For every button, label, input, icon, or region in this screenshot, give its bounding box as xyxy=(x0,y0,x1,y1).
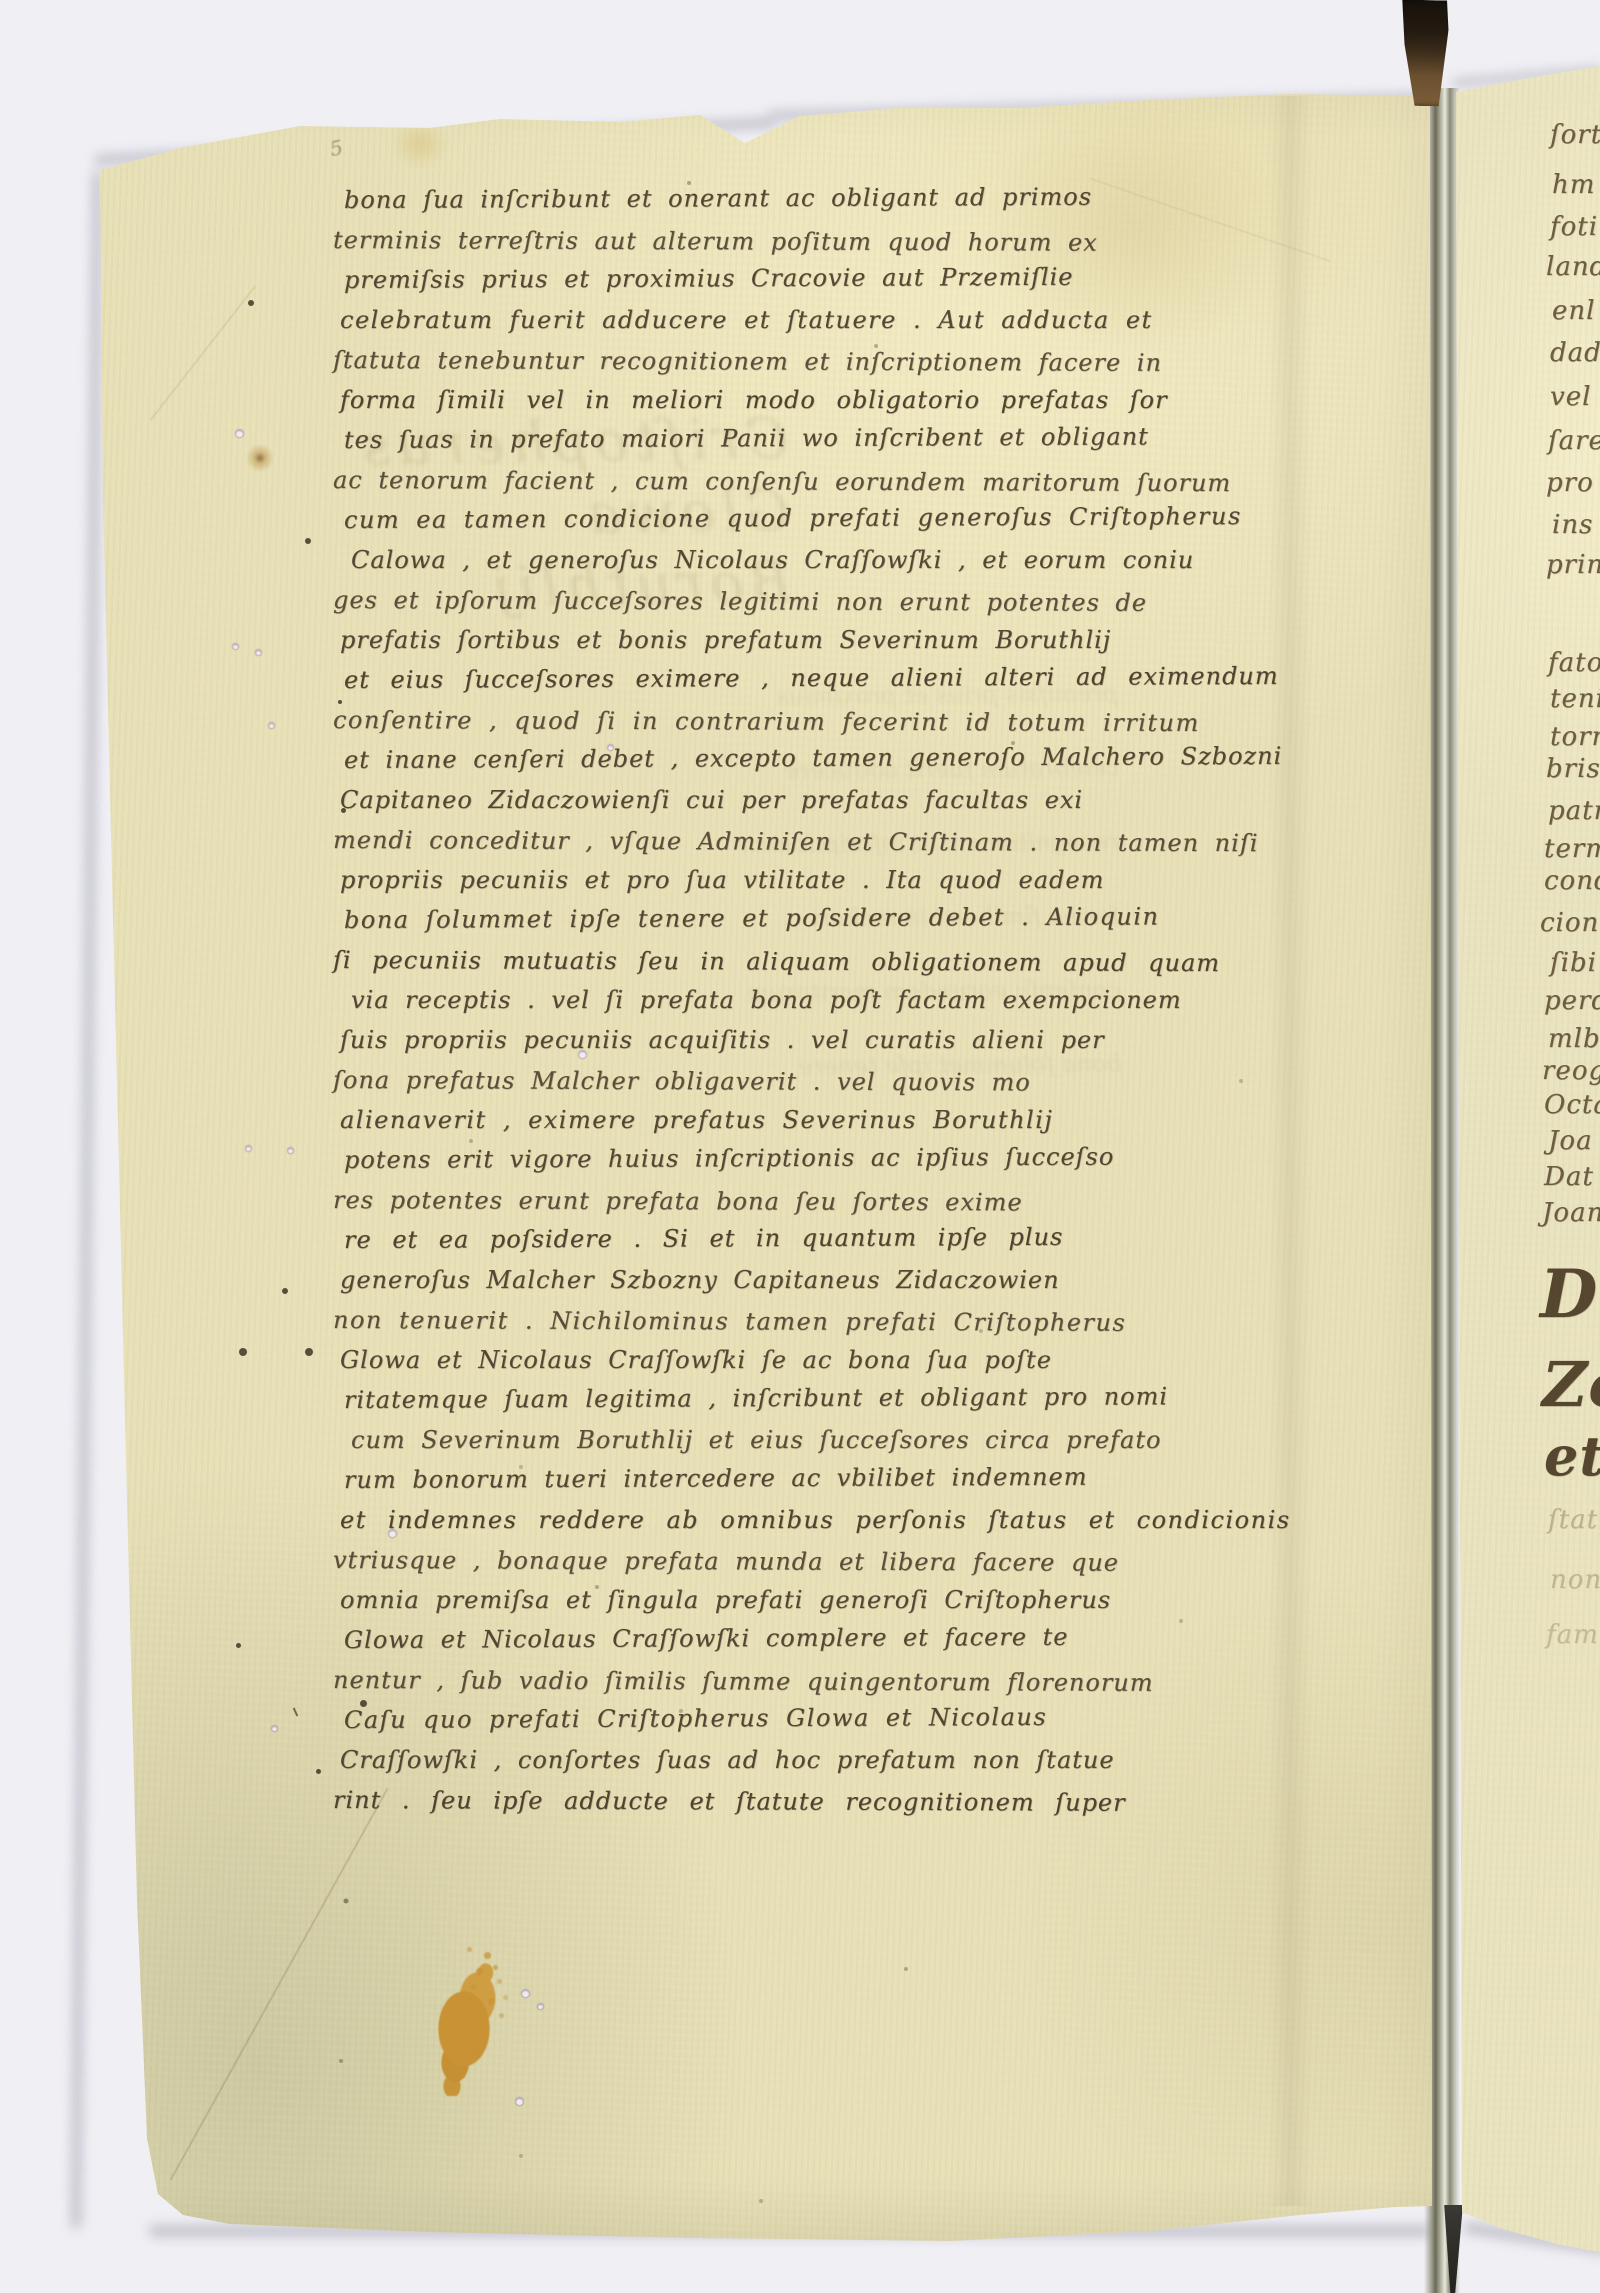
manuscript-line-start: land xyxy=(1546,252,1600,282)
manuscript-text-line: propriis pecuniis et pro ſua vtilitate .… xyxy=(340,866,1280,906)
manuscript-text-line: potens erit vigore huius inſcriptionis a… xyxy=(344,1142,1284,1186)
manuscript-line-start: teni xyxy=(1550,684,1600,714)
manuscript-text-line: celebratum fuerit adducere et ſtatuere .… xyxy=(340,306,1280,346)
manuscript-line-start: cionib xyxy=(1540,908,1600,938)
ghost-text-line: premiſsis prius et proximius xyxy=(358,657,1119,738)
worm-hole xyxy=(389,1530,396,1537)
margin-ink-dot xyxy=(341,808,346,813)
manuscript-text-line: Caſu quo prefati Criſtopherus Glowa et N… xyxy=(344,1702,1284,1746)
ghost-text-line: recognitionem et inſcriptionem xyxy=(359,805,1120,886)
manuscript-line-start: fato xyxy=(1548,648,1600,678)
water-stain xyxy=(980,110,1280,350)
margin-pen-tick xyxy=(293,1707,299,1716)
parchment-texture xyxy=(0,0,1600,2293)
worm-hole xyxy=(522,1990,529,1997)
manuscript-line-start: dad xyxy=(1550,338,1600,368)
manuscript-line-start: ins xyxy=(1552,510,1593,540)
manuscript-text-line: omnia premiſsa et ſingula prefati genero… xyxy=(340,1586,1280,1626)
manuscript-text-line: prefatis ſortibus et bonis prefatum Seve… xyxy=(340,626,1280,666)
manuscript-text-line: Craſſowſki , conſortes ſuas ad hoc prefa… xyxy=(340,1746,1280,1786)
manuscript-text-line: ac tenorum facient , cum conſenſu eorund… xyxy=(333,466,1273,509)
ghost-heading-line: Criſtopherus xyxy=(248,403,789,484)
margin-ink-dot xyxy=(305,1348,313,1356)
worm-hole xyxy=(288,1148,293,1153)
manuscript-line-start: prin xyxy=(1546,550,1600,580)
manuscript-line-start: Octa xyxy=(1544,1090,1600,1120)
vellum-fold-shading xyxy=(1268,96,1312,2206)
manuscript-text-line: nentur , ſub vadio ſimilis ſumme quingen… xyxy=(333,1666,1273,1709)
folio-mark: 5 xyxy=(328,135,345,161)
manuscript-heading-start: Zo xyxy=(1542,1348,1600,1421)
manuscript-text-line: tes ſuas in prefato maiori Panii wo inſc… xyxy=(344,422,1284,466)
manuscript-line-start: pro xyxy=(1546,468,1594,498)
ghost-text-line: bona ſolummet ipſe tenere xyxy=(361,1027,1122,1108)
manuscript-scan: CriſtopherusGlowaBoruthlij premiſsis pri… xyxy=(0,0,1600,2293)
ghost-heading-line: Boruthlij xyxy=(251,547,792,628)
manuscript-line-start: ſibi xyxy=(1550,948,1597,978)
worm-hole xyxy=(246,1146,251,1151)
ink-bleedthrough-heading: CriſtopherusGlowaBoruthlij xyxy=(248,403,792,628)
manuscript-line-start: foti xyxy=(1550,212,1598,242)
margin-ink-dot xyxy=(282,1288,288,1294)
manuscript-line-start: ſorti xyxy=(1550,120,1600,150)
manuscript-text-line: vtriusque , bonaque prefata munda et lib… xyxy=(333,1546,1273,1589)
worm-hole xyxy=(233,644,238,649)
manuscript-line-start: Joa xyxy=(1548,1126,1593,1156)
manuscript-text-line: rint . ſeu ipſe adducte et ſtatute recog… xyxy=(333,1786,1273,1829)
worm-hole xyxy=(538,2004,543,2009)
margin-ink-dot xyxy=(239,1348,247,1356)
manuscript-text-line: ritatemque ſuam legitima , inſcribunt et… xyxy=(344,1382,1284,1426)
manuscript-text-line: generoſus Malcher Szbozny Capitaneus Zid… xyxy=(340,1266,1280,1306)
crease-line xyxy=(170,1788,388,2180)
manuscript-line-start: condi xyxy=(1544,866,1600,896)
ghost-heading-line: Glowa xyxy=(249,475,790,556)
manuscript-line-start: ſare xyxy=(1548,426,1600,456)
manuscript-line-start: vel xyxy=(1550,382,1591,412)
ghost-text-line: forma ſimili vel in meliori xyxy=(360,879,1121,960)
manuscript-text-line: rum bonorum tueri intercedere ac vbilibe… xyxy=(344,1462,1284,1506)
margin-ink-dot xyxy=(338,700,342,704)
manuscript-text-line: conſentire , quod ſi in contrarium fecer… xyxy=(333,706,1273,749)
manuscript-line-start: Joan xyxy=(1542,1198,1600,1228)
worm-hole xyxy=(579,1051,586,1058)
manuscript-line-start: perde xyxy=(1544,986,1600,1016)
manuscript-line-start: enl xyxy=(1552,296,1595,326)
manuscript-text-line: premiſsis prius et proximius Cracovie au… xyxy=(344,262,1284,306)
left-manuscript-page: CriſtopherusGlowaBoruthlij premiſsis pri… xyxy=(0,0,1600,2293)
ghost-text-line: conſenſu eorundem maritorum xyxy=(361,953,1122,1034)
orange-stain xyxy=(428,1956,508,2096)
crease-line xyxy=(1090,178,1330,262)
worm-hole xyxy=(516,2098,523,2105)
manuscript-line-start: torn xyxy=(1550,722,1600,752)
manuscript-text-line: cum ea tamen condicione quod prefati gen… xyxy=(344,502,1284,546)
manuscript-text-line: Glowa et Nicolaus Craſſowſki ſe ac bona … xyxy=(340,1346,1280,1386)
brown-spot xyxy=(246,444,274,472)
manuscript-text-line: bona ſolummet ipſe tenere et poſsidere d… xyxy=(344,902,1284,946)
manuscript-line-start: bris xyxy=(1546,754,1600,784)
manuscript-text-line: ſtatuta tenebuntur recognitionem et inſc… xyxy=(333,346,1273,389)
page-shadow xyxy=(71,172,102,2228)
tan-stain xyxy=(392,120,448,168)
manuscript-faint-start: ſtat xyxy=(1548,1505,1598,1535)
manuscript-text-line: re et ea poſsidere . Si et in quantum ip… xyxy=(344,1222,1284,1266)
ghost-text-line: celebratum fuerit adducere xyxy=(359,731,1120,812)
manuscript-line-start: Dat xyxy=(1544,1162,1594,1192)
manuscript-text-line: bona ſua inſcribunt et onerant ac obliga… xyxy=(344,182,1284,226)
margin-ink-dot xyxy=(248,300,254,306)
manuscript-text-line: Glowa et Nicolaus Craſſowſki complere et… xyxy=(344,1622,1284,1666)
manuscript-text-line: res potentes erunt prefata bona ſeu ſort… xyxy=(333,1186,1273,1229)
margin-ink-dot xyxy=(360,1700,367,1707)
margin-ink-dot xyxy=(236,1643,241,1648)
manuscript-text-block: bona ſua inſcribunt et onerant ac obliga… xyxy=(340,186,1280,1826)
worm-hole xyxy=(236,430,243,437)
manuscript-text-line: ges et ipſorum ſucceſsores legitimi non … xyxy=(333,586,1273,629)
worm-hole xyxy=(608,745,613,750)
manuscript-line-start: reogn xyxy=(1542,1056,1600,1086)
ink-bleedthrough-text: premiſsis prius et proximiuscelebratum f… xyxy=(358,657,1122,1108)
manuscript-text-line: alienaverit , eximere prefatus Severinus… xyxy=(340,1106,1280,1146)
worm-hole xyxy=(272,1726,277,1731)
manuscript-text-line: Capitaneo Zidaczowienſi cui per prefatas… xyxy=(340,786,1280,826)
manuscript-heading-start: et xyxy=(1544,1424,1600,1488)
manuscript-line-start: termi xyxy=(1544,834,1600,864)
manuscript-text-line: ſi pecuniis mutuatis ſeu in aliquam obli… xyxy=(333,946,1273,989)
manuscript-text-line: cum Severinum Boruthlij et eius ſucceſso… xyxy=(351,1426,1291,1466)
manuscript-faint-start: fam xyxy=(1546,1620,1599,1650)
manuscript-heading-start: Do xyxy=(1540,1255,1600,1333)
manuscript-text-line: et eius ſucceſsores eximere , neque alie… xyxy=(344,662,1284,706)
manuscript-text-line: Calowa , et generoſus Nicolaus Craſſowſk… xyxy=(351,546,1291,586)
crease-line xyxy=(150,286,255,421)
manuscript-text-line: terminis terreſtris aut alterum poſitum … xyxy=(333,226,1273,269)
dirt-specks xyxy=(0,0,2,2)
manuscript-text-line: non tenuerit . Nichilominus tamen prefat… xyxy=(333,1306,1273,1349)
manuscript-text-line: ſona prefatus Malcher obligaverit . vel … xyxy=(333,1066,1273,1109)
margin-ink-dot xyxy=(316,1769,321,1774)
manuscript-text-line: et inane cenſeri debet , excepto tamen g… xyxy=(344,742,1284,786)
manuscript-text-line: via receptis . vel ſi prefata bona poſt … xyxy=(351,986,1291,1026)
manuscript-text-line: ſuis propriis pecuniis acquiſitis . vel … xyxy=(340,1026,1280,1066)
manuscript-text-line: mendi conceditur , vſque Adminiſen et Cr… xyxy=(333,826,1273,869)
worm-hole xyxy=(256,650,261,655)
manuscript-line-start: hm xyxy=(1552,170,1595,200)
margin-ink-dot xyxy=(305,538,311,544)
manuscript-text-line: et indemnes reddere ab omnibus perſonis … xyxy=(340,1506,1280,1546)
manuscript-faint-start: non xyxy=(1550,1565,1600,1595)
worm-hole xyxy=(269,723,274,728)
manuscript-text-line: forma ſimili vel in meliori modo obligat… xyxy=(340,386,1280,426)
manuscript-line-start: mlb xyxy=(1548,1024,1600,1054)
manuscript-line-start: patr xyxy=(1548,796,1600,826)
